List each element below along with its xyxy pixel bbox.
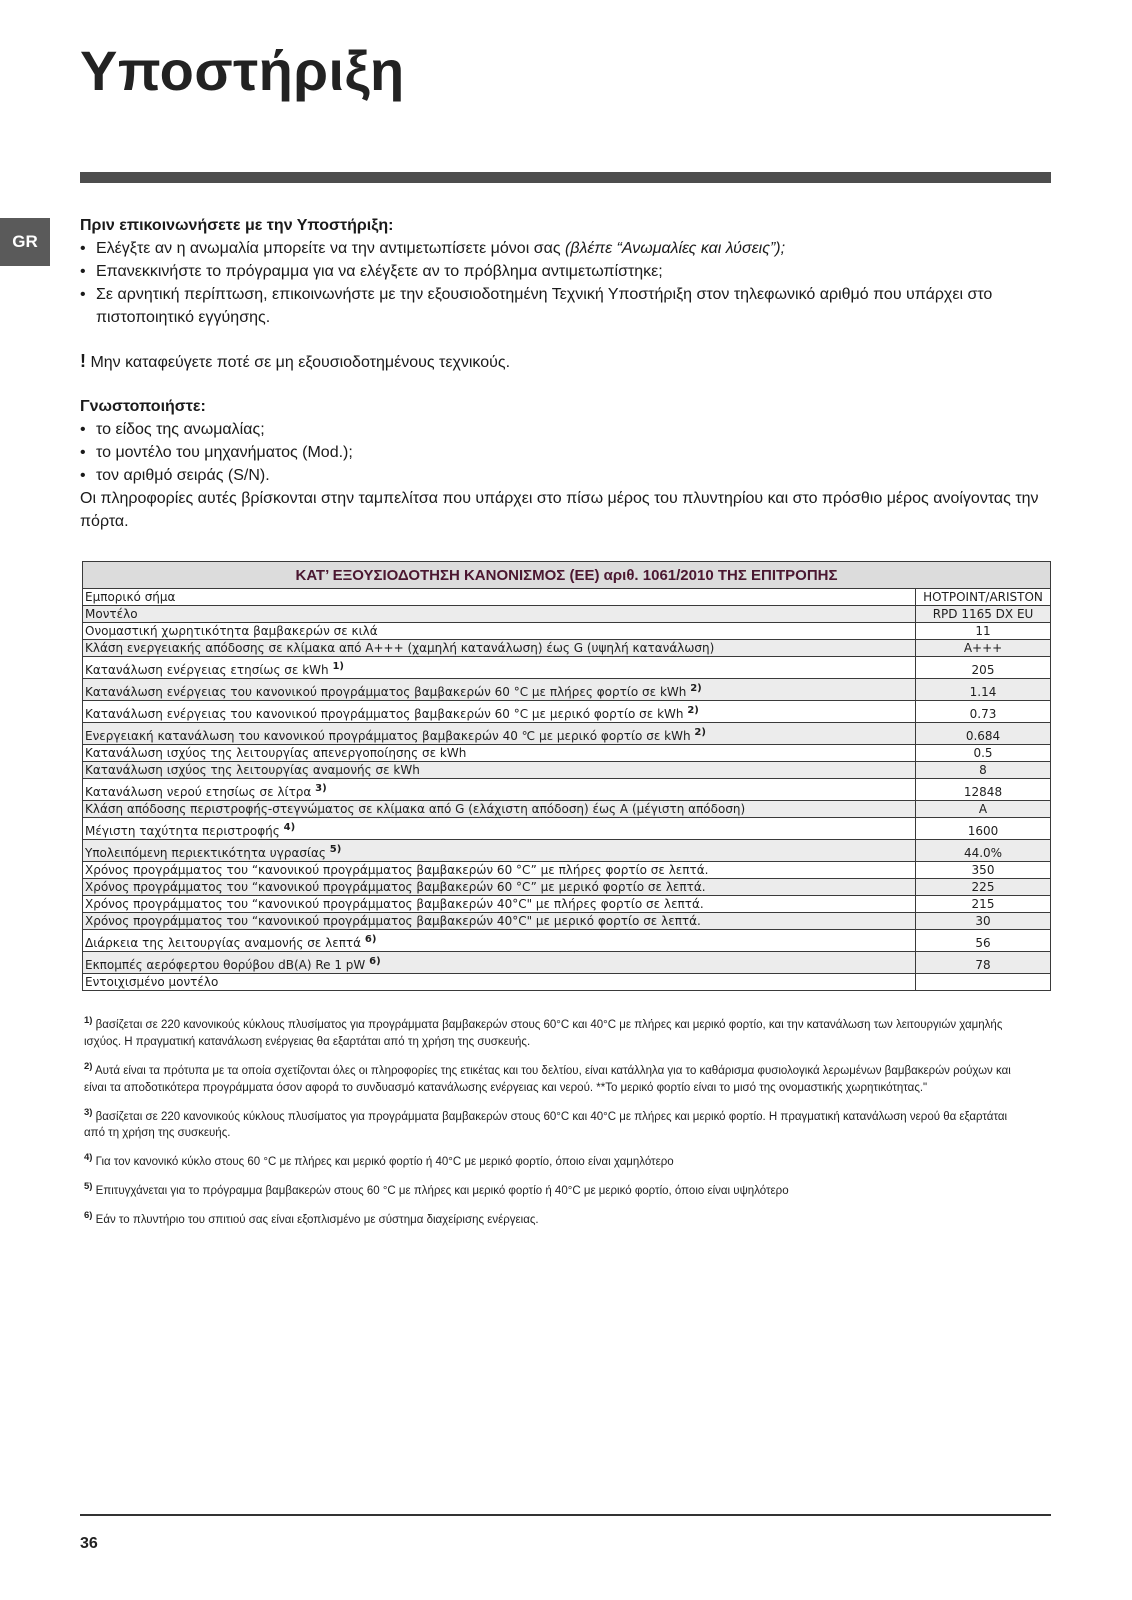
footnote-text: Αυτά είναι τα πρότυπα με τα οποία σχετίζ… <box>84 1065 1011 1094</box>
spec-value: 0.73 <box>916 701 1051 723</box>
spec-value: HOTPOINT/ARISTON <box>916 589 1051 606</box>
footnote-text: βασίζεται σε 220 κανονικούς κύκλους πλυσ… <box>84 1019 1002 1048</box>
spec-label: Ενεργειακή κατανάλωση του κανονικού προγ… <box>83 723 916 745</box>
spec-label: Μέγιστη ταχύτητα περιστροφής 4) <box>83 818 916 840</box>
footnote-ref: 6) <box>369 956 381 967</box>
footnote-text: Εάν το πλυντήριο του σπιτιού σας είναι ε… <box>92 1214 538 1226</box>
before-contact-heading: Πριν επικοινωνήσετε με την Υποστήριξη: <box>80 214 1051 237</box>
table-row: Κλάση ενεργειακής απόδοσης σε κλίμακα απ… <box>83 640 1051 657</box>
spec-label: Κατανάλωση ενέργειας του κανονικού προγρ… <box>83 701 916 723</box>
language-tab: GR <box>0 218 50 266</box>
spec-value: 11 <box>916 623 1051 640</box>
footnote-ref: 3) <box>315 783 327 794</box>
regulation-spec-table: ΚΑΤ’ ΕΞΟΥΣΙΟΔΟΤΗΣΗ ΚΑΝΟΝΙΣΜΟΣ (ΕΕ) αριθ.… <box>82 561 1051 991</box>
footnote-ref: 5) <box>330 844 342 855</box>
spec-value: A <box>916 801 1051 818</box>
table-row: Διάρκεια της λειτουργίας αναμονής σε λεπ… <box>83 930 1051 952</box>
table-row: Κατανάλωση νερού ετησίως σε λίτρα 3)1284… <box>83 779 1051 801</box>
table-row: Χρόνος προγράμματος του “κανονικού προγρ… <box>83 862 1051 879</box>
spec-value: RPD 1165 DX EU <box>916 606 1051 623</box>
spec-label: Κατανάλωση νερού ετησίως σε λίτρα 3) <box>83 779 916 801</box>
list-item-text: Ελέγξτε αν η ανωμαλία μπορείτε να την αν… <box>96 240 565 257</box>
spec-label: Κατανάλωση ενέργειας ετησίως σε kWh 1) <box>83 657 916 679</box>
table-row: Κατανάλωση ενέργειας ετησίως σε kWh 1)20… <box>83 657 1051 679</box>
spec-label: Χρόνος προγράμματος του “κανονικού προγρ… <box>83 862 916 879</box>
spec-value: 30 <box>916 913 1051 930</box>
before-contact-list: Ελέγξτε αν η ανωμαλία μπορείτε να την αν… <box>80 237 1051 329</box>
table-row: Κατανάλωση ισχύος της λειτουργίας απενερ… <box>83 745 1051 762</box>
footnote-ref: 1) <box>332 661 344 672</box>
table-row: Χρόνος προγράμματος του “κανονικού προγρ… <box>83 879 1051 896</box>
spec-label: Εντοιχισμένο μοντέλο <box>83 974 916 991</box>
spec-value: 44.0% <box>916 840 1051 862</box>
table-row: Εκπομπές αερόφερτου θορύβου dB(A) Re 1 p… <box>83 952 1051 974</box>
spec-value: 215 <box>916 896 1051 913</box>
list-item: Επανεκκινήστε το πρόγραμμα για να ελέγξε… <box>80 260 1051 283</box>
spec-value: 205 <box>916 657 1051 679</box>
spec-label: Διάρκεια της λειτουργίας αναμονής σε λεπ… <box>83 930 916 952</box>
table-row: Ενεργειακή κατανάλωση του κανονικού προγ… <box>83 723 1051 745</box>
footnote-ref: 4) <box>284 822 296 833</box>
title-divider <box>80 172 1051 183</box>
footnote-ref: 2) <box>687 705 699 716</box>
footnote-text: Για τον κανονικό κύκλο στους 60 °C με πλ… <box>92 1156 673 1168</box>
spec-label: Μοντέλο <box>83 606 916 623</box>
table-row: Εμπορικό σήμαHOTPOINT/ARISTON <box>83 589 1051 606</box>
list-item: Σε αρνητική περίπτωση, επικοινωνήστε με … <box>80 283 1051 329</box>
list-item-text: Σε αρνητική περίπτωση, επικοινωνήστε με … <box>96 286 992 326</box>
spec-value: 78 <box>916 952 1051 974</box>
spec-value <box>916 974 1051 991</box>
table-row: ΜοντέλοRPD 1165 DX EU <box>83 606 1051 623</box>
footnote: 3) βασίζεται σε 220 κανονικούς κύκλους π… <box>84 1104 1029 1143</box>
table-row: Υπολειπόμενη περιεκτικότητα υγρασίας 5)4… <box>83 840 1051 862</box>
table-row: Μέγιστη ταχύτητα περιστροφής 4)1600 <box>83 818 1051 840</box>
table-row: Κλάση απόδοσης περιστροφής-στεγνώματος σ… <box>83 801 1051 818</box>
footer-divider <box>80 1514 1051 1516</box>
spec-label: Εμπορικό σήμα <box>83 589 916 606</box>
footnote: 1) βασίζεται σε 220 κανονικούς κύκλους π… <box>84 1012 1029 1051</box>
page-number: 36 <box>80 1535 98 1553</box>
spec-value: 12848 <box>916 779 1051 801</box>
spec-label: Κατανάλωση ενέργειας του κανονικού προγρ… <box>83 679 916 701</box>
footnote: 5) Επιτυγχάνεται για το πρόγραμμα βαμβακ… <box>84 1178 1029 1200</box>
notify-note: Οι πληροφορίες αυτές βρίσκονται στην ταμ… <box>80 487 1051 533</box>
warning-note: ! Μην καταφεύγετε ποτέ σε μη εξουσιοδοτη… <box>80 350 1051 374</box>
cross-reference: (βλέπε “Ανωμαλίες και λύσεις”); <box>565 240 785 257</box>
footnote: 4) Για τον κανονικό κύκλο στους 60 °C με… <box>84 1149 1029 1171</box>
footnote-ref: 2) <box>690 683 702 694</box>
table-row: Χρόνος προγράμματος του “κανονικού προγρ… <box>83 896 1051 913</box>
warning-text: Μην καταφεύγετε ποτέ σε μη εξουσιοδοτημέ… <box>86 354 510 371</box>
table-row: Κατανάλωση ενέργειας του κανονικού προγρ… <box>83 679 1051 701</box>
footnote: 2) Αυτά είναι τα πρότυπα με τα οποία σχε… <box>84 1058 1029 1097</box>
table-row: Εντοιχισμένο μοντέλο <box>83 974 1051 991</box>
spec-label: Χρόνος προγράμματος του “κανονικού προγρ… <box>83 913 916 930</box>
table-row: Ονομαστική χωρητικότητα βαμβακερών σε κι… <box>83 623 1051 640</box>
spec-label: Κλάση ενεργειακής απόδοσης σε κλίμακα απ… <box>83 640 916 657</box>
spec-value: 350 <box>916 862 1051 879</box>
footnote-ref: 6) <box>365 934 377 945</box>
footnote-text: βασίζεται σε 220 κανονικούς κύκλους πλυσ… <box>84 1110 1007 1139</box>
footnote: 6) Εάν το πλυντήριο του σπιτιού σας είνα… <box>84 1207 1029 1229</box>
spec-label: Κατανάλωση ισχύος της λειτουργίας αναμον… <box>83 762 916 779</box>
footnotes: 1) βασίζεται σε 220 κανονικούς κύκλους π… <box>84 1012 1029 1236</box>
list-item: το είδος της ανωμαλίας; <box>80 418 1051 441</box>
list-item-text: Επανεκκινήστε το πρόγραμμα για να ελέγξε… <box>96 263 663 280</box>
spec-label: Εκπομπές αερόφερτου θορύβου dB(A) Re 1 p… <box>83 952 916 974</box>
table-title: ΚΑΤ’ ΕΞΟΥΣΙΟΔΟΤΗΣΗ ΚΑΝΟΝΙΣΜΟΣ (ΕΕ) αριθ.… <box>83 562 1051 589</box>
table-row: Κατανάλωση ισχύος της λειτουργίας αναμον… <box>83 762 1051 779</box>
spec-value: 0.5 <box>916 745 1051 762</box>
notify-heading: Γνωστοποιήστε: <box>80 395 1051 418</box>
spec-label: Ονομαστική χωρητικότητα βαμβακερών σε κι… <box>83 623 916 640</box>
spec-value: 225 <box>916 879 1051 896</box>
support-content: Πριν επικοινωνήσετε με την Υποστήριξη: Ε… <box>80 214 1051 533</box>
table-row: Κατανάλωση ενέργειας του κανονικού προγρ… <box>83 701 1051 723</box>
spec-label: Χρόνος προγράμματος του “κανονικού προγρ… <box>83 879 916 896</box>
spec-value: 1.14 <box>916 679 1051 701</box>
spec-label: Χρόνος προγράμματος του “κανονικού προγρ… <box>83 896 916 913</box>
spec-value: 56 <box>916 930 1051 952</box>
footnote-ref: 2) <box>694 727 706 738</box>
list-item: τον αριθμό σειράς (S/N). <box>80 464 1051 487</box>
spec-label: Κλάση απόδοσης περιστροφής-στεγνώματος σ… <box>83 801 916 818</box>
list-item: Ελέγξτε αν η ανωμαλία μπορείτε να την αν… <box>80 237 1051 260</box>
table-row: Χρόνος προγράμματος του “κανονικού προγρ… <box>83 913 1051 930</box>
spec-value: A+++ <box>916 640 1051 657</box>
list-item: το μοντέλο του μηχανήματος (Mod.); <box>80 441 1051 464</box>
page-title: Υποστήριξη <box>80 38 405 103</box>
footnote-text: Επιτυγχάνεται για το πρόγραμμα βαμβακερώ… <box>92 1185 788 1197</box>
spec-label: Υπολειπόμενη περιεκτικότητα υγρασίας 5) <box>83 840 916 862</box>
spec-value: 1600 <box>916 818 1051 840</box>
spec-label: Κατανάλωση ισχύος της λειτουργίας απενερ… <box>83 745 916 762</box>
notify-list: το είδος της ανωμαλίας; το μοντέλο του μ… <box>80 418 1051 487</box>
spec-value: 0.684 <box>916 723 1051 745</box>
spec-value: 8 <box>916 762 1051 779</box>
